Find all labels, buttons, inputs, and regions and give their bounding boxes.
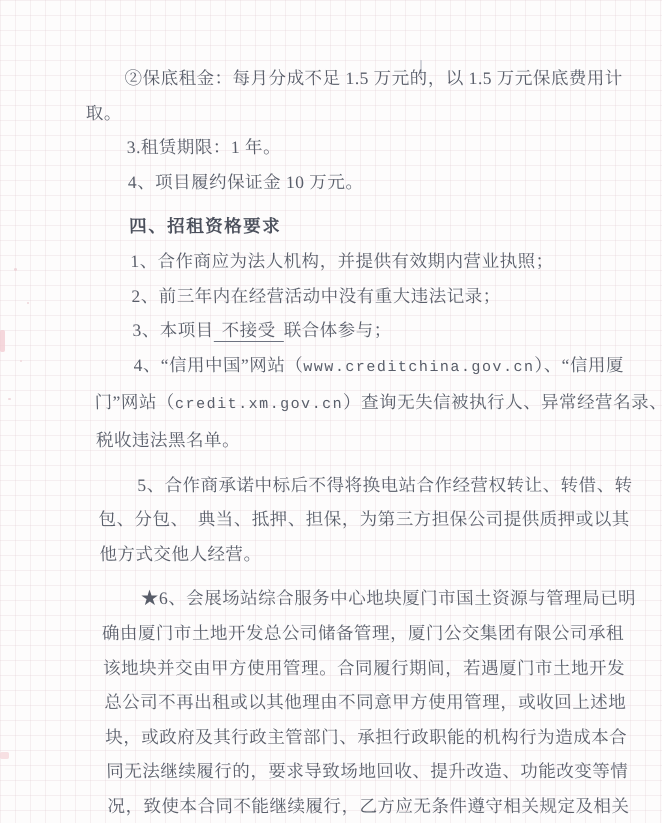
text-line: 4、“信用中国”网站（www.creditchina.gov.cn）、“信用厦 (93, 348, 604, 386)
text-line: 块，或政府及其行政主管部门、承担行政职能的机构行为造成本合 (105, 720, 616, 755)
qualification-item-6: ★6、会展场站综合服务中心地块厦门市国土资源与管理局已明确由厦门市土地开发总公司… (100, 581, 618, 823)
text-segment: 况，致使本合同不能继续履行，乙方应无条件遵守相关规定及相关 (107, 796, 630, 816)
text-line: 取。 (85, 96, 596, 131)
text-line: 4、项目履约保证金 10 万元。 (87, 165, 598, 200)
text-segment: 3.租赁期限：1 年。 (126, 137, 281, 157)
text-segment: 税收违法黑名单。 (96, 430, 241, 450)
text-line: 门”网站（credit.xm.gov.cn）查询无失信被执行人、异常经营名录、 (94, 385, 605, 423)
text-line: 包、分包、 典当、抵押、担保，为第三方担保公司提供质押或以其 (98, 502, 609, 537)
scan-smudge-left (0, 330, 5, 352)
document-body: ②保底租金：每月分成不足 1.5 万元的，以 1.5 万元保底费用计取。3.租赁… (84, 61, 618, 823)
text-line: 3、本项目不接受联合体参与； (92, 313, 603, 348)
scan-speck (27, 302, 29, 304)
scan-speck (14, 268, 17, 271)
qualification-item-3: 3、本项目不接受联合体参与； (92, 313, 603, 348)
section-heading-qualification: 四、招租资格要求 (89, 209, 600, 244)
text-segment: ★6、会展场站综合服务中心地块厦门市国土资源与管理局已明 (141, 588, 637, 608)
qualification-item-1: 1、合作商应为法人机构，并提供有效期内营业执照； (90, 244, 601, 279)
text-line: 2、前三年内在经营活动中没有重大违法记录； (91, 279, 602, 314)
text-line: 况，致使本合同不能继续履行，乙方应无条件遵守相关规定及相关 (107, 789, 618, 823)
scanned-document-page: ②保底租金：每月分成不足 1.5 万元的，以 1.5 万元保底费用计取。3.租赁… (0, 0, 662, 823)
text-segment: 包、分包、 典当、抵押、担保，为第三方担保公司提供质押或以其 (98, 509, 630, 529)
text-line: ★6、会展场站综合服务中心地块厦门市国土资源与管理局已明 (100, 581, 611, 616)
text-segment: 他方式交他人经营。 (99, 544, 262, 564)
scan-smudge-left (0, 752, 9, 759)
text-segment: 4、项目履约保证金 10 万元。 (127, 172, 363, 192)
qualification-item-5: 5、合作商承诺中标后不得将换电站合作经营权转让、转借、转包、分包、 典当、抵押、… (97, 468, 610, 572)
text-line: 3.租赁期限：1 年。 (86, 130, 597, 165)
text-line: 5、合作商承诺中标后不得将换电站合作经营权转让、转借、转 (97, 468, 608, 503)
text-line: ②保底租金：每月分成不足 1.5 万元的，以 1.5 万元保底费用计 (84, 61, 595, 96)
text-segment: 该地块并交由甲方使用管理。合同履行期间，若遇厦门市土地开发 (103, 658, 626, 678)
text-line: 他方式交他人经营。 (99, 537, 610, 572)
qualification-item-2: 2、前三年内在经营活动中没有重大违法记录； (91, 279, 602, 314)
url-text: credit.xm.gov.cn (175, 396, 344, 413)
text-segment: 块，或政府及其行政主管部门、承担行政职能的机构行为造成本合 (105, 727, 628, 747)
text-segment: 5、合作商承诺中标后不得将换电站合作经营权转让、转借、转 (137, 475, 633, 495)
clause-lease-term: 3.租赁期限：1 年。 (86, 130, 597, 165)
text-line: 确由厦门市土地开发总公司储备管理，厦门公交集团有限公司承租 (101, 616, 612, 651)
text-line: 总公司不再出租或以其他理由不同意甲方使用管理，或收回上述地 (104, 685, 615, 720)
underlined-text: 不接受 (213, 320, 284, 342)
url-text: www.creditchina.gov.cn (303, 359, 535, 376)
text-segment: 总公司不再出租或以其他理由不同意甲方使用管理，或收回上述地 (104, 692, 627, 712)
text-segment: 4、“信用中国”网站（ (133, 355, 303, 375)
text-line: 同无法继续履行的，要求导致场地回收、提升改造、功能改变等情 (106, 754, 617, 789)
text-segment: 四、招租资格要求 (129, 216, 282, 236)
text-line: 该地块并交由甲方使用管理。合同履行期间，若遇厦门市土地开发 (103, 651, 614, 686)
text-segment: 3、本项目 (132, 320, 214, 340)
text-segment: 1、合作商应为法人机构，并提供有效期内营业执照； (130, 251, 554, 271)
text-segment: 同无法继续履行的，要求导致场地回收、提升改造、功能改变等情 (106, 761, 629, 781)
clause-performance-bond: 4、项目履约保证金 10 万元。 (87, 165, 598, 200)
text-segment: 确由厦门市土地开发总公司储备管理，厦门公交集团有限公司承租 (102, 623, 625, 643)
text-segment: ）、“信用厦 (534, 355, 624, 375)
text-line: 1、合作商应为法人机构，并提供有效期内营业执照； (90, 244, 601, 279)
text-segment: 门”网站（ (94, 392, 175, 412)
text-segment: ②保底租金：每月分成不足 1.5 万元的，以 1.5 万元保底费用计 (124, 68, 623, 88)
text-segment: 2、前三年内在经营活动中没有重大违法记录； (131, 286, 501, 306)
text-segment: 联合体参与； (283, 320, 392, 340)
text-line: 四、招租资格要求 (89, 209, 600, 244)
scan-speck (20, 360, 22, 362)
clause-minimum-rent: ②保底租金：每月分成不足 1.5 万元的，以 1.5 万元保底费用计取。 (84, 61, 596, 130)
text-line: 税收违法黑名单。 (95, 423, 606, 458)
text-segment: 取。 (85, 103, 122, 123)
scan-speck (8, 398, 11, 400)
text-segment: ）查询无失信被执行人、异常经营名录、 (343, 392, 662, 412)
qualification-item-4: 4、“信用中国”网站（www.creditchina.gov.cn）、“信用厦门… (93, 348, 606, 458)
